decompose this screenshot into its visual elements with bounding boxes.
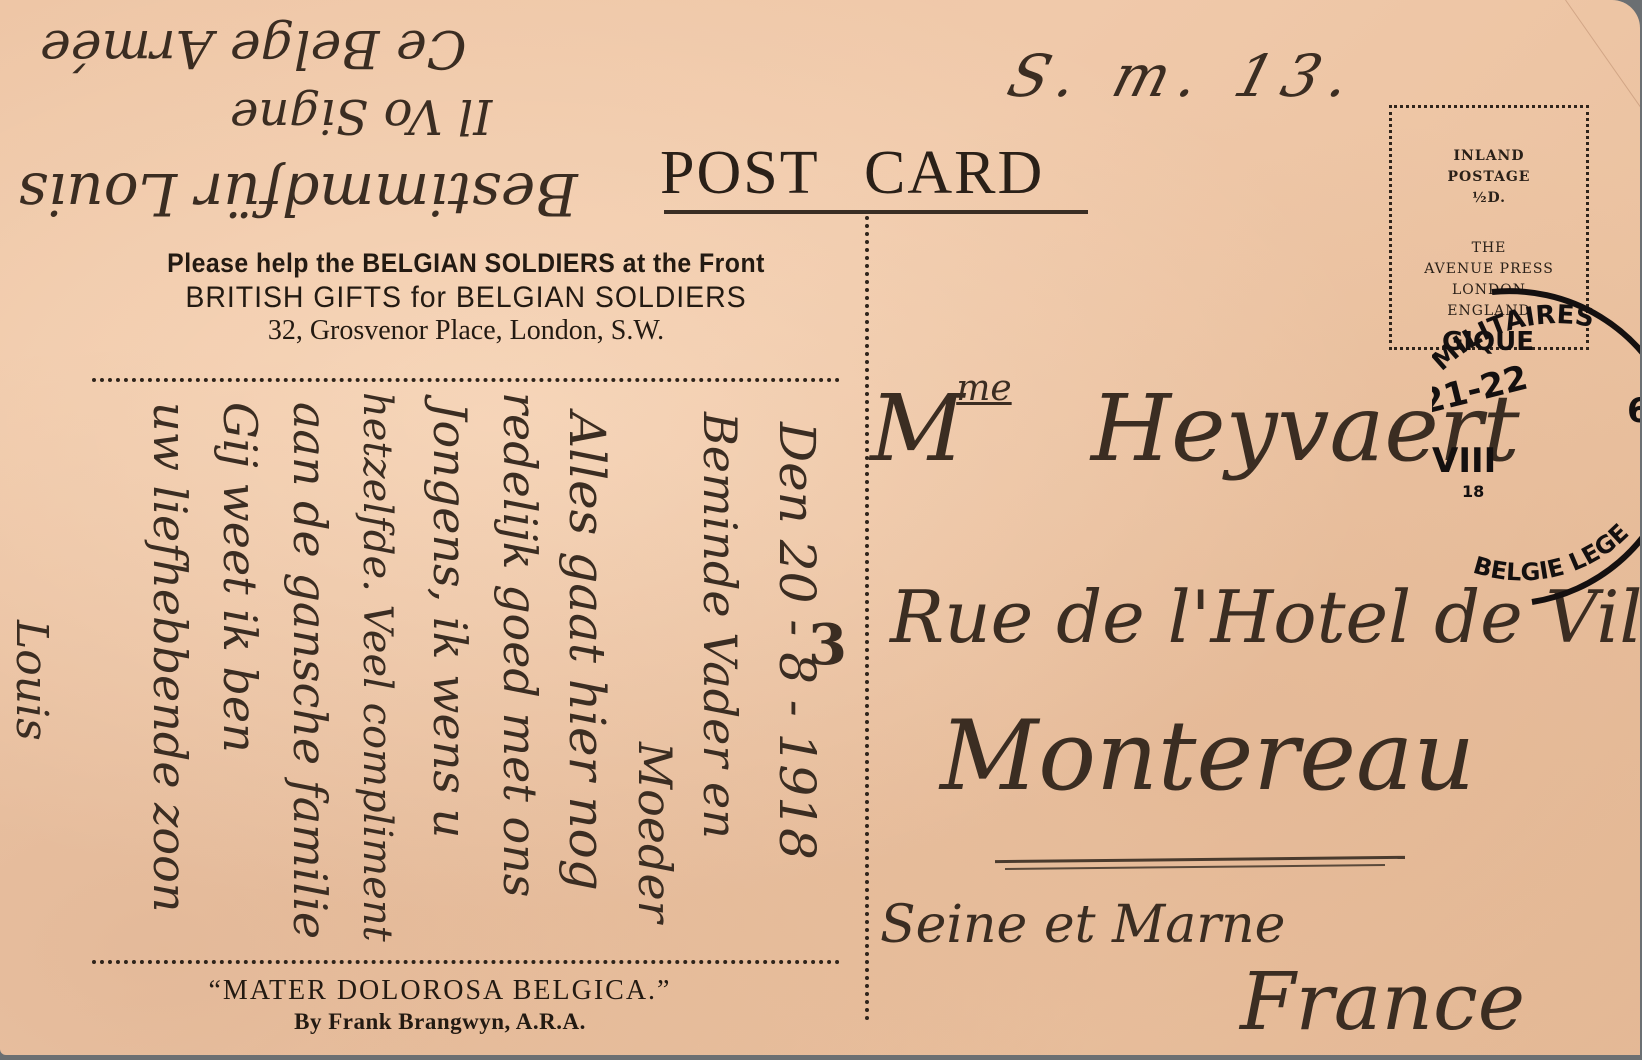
postmark: MILITAIRES GIQUE 21-22 VIII 18 6 BELGIE … bbox=[1432, 282, 1640, 612]
number-mark: 3 bbox=[808, 612, 847, 678]
postmark-year: 18 bbox=[1462, 482, 1484, 501]
message-line: uw liefhebbende zoon bbox=[147, 402, 193, 912]
message-line: Beminde Vader en bbox=[697, 412, 743, 839]
upside-down-note-1: Ce Belge Armée bbox=[40, 18, 467, 78]
charity-line-1: Please help the BELGIAN SOLDIERS at the … bbox=[116, 248, 815, 279]
side-signature: Louis bbox=[6, 620, 57, 741]
charity-notice: Please help the BELGIAN SOLDIERS at the … bbox=[86, 248, 846, 347]
artwork-caption: “MATER DOLOROSA BELGICA.” By Frank Brang… bbox=[160, 975, 720, 1035]
address-salutation: M bbox=[870, 375, 964, 482]
upside-down-note-3: Bestimmdfür Louis bbox=[18, 160, 578, 228]
reference-note: S. m. 13. bbox=[1001, 42, 1368, 110]
message-line: Jongens, ik wens u bbox=[427, 402, 473, 838]
post-card-title: POST CARD bbox=[660, 138, 1100, 209]
address-name: Mme Heyvaert bbox=[870, 375, 1520, 482]
artwork-title: “MATER DOLOROSA BELGICA.” bbox=[160, 975, 720, 1007]
address-region: Seine et Marne bbox=[880, 895, 1285, 955]
title-underline bbox=[664, 210, 1088, 214]
postmark-number: 6 bbox=[1627, 391, 1640, 431]
address-city: Montereau bbox=[940, 700, 1475, 812]
charity-address: 32, Grosvenor Place, London, S.W. bbox=[86, 315, 846, 347]
address-underline-2 bbox=[1005, 864, 1385, 870]
postmark-month: VIII bbox=[1432, 441, 1496, 481]
postmark-mid-text: GIQUE bbox=[1442, 327, 1534, 357]
message-line: hetzelfde. Veel complimenten bbox=[357, 392, 397, 942]
message-frame-bottom bbox=[92, 960, 840, 964]
printer-name: AVENUE PRESS bbox=[1392, 259, 1586, 280]
address-underline bbox=[995, 856, 1405, 863]
message-line: Alles gaat hier nog bbox=[562, 412, 612, 891]
postcard: Ce Belge Armée Il Vo Signe Bestimmdfür L… bbox=[0, 0, 1640, 1055]
message-line: Moeder bbox=[632, 742, 678, 923]
upside-down-note-2: Il Vo Signe bbox=[230, 88, 492, 144]
stamp-postage: POSTAGE bbox=[1392, 167, 1586, 188]
handwritten-message: Den 20 - 8 - 1918 Beminde Vader en Moede… bbox=[92, 382, 832, 942]
printer-the: THE bbox=[1392, 238, 1586, 259]
address-country: France bbox=[1240, 955, 1525, 1048]
message-line: aan de gansche familie bbox=[287, 402, 333, 939]
charity-line-2: BRITISH GIFTS for BELGIAN SOLDIERS bbox=[105, 281, 827, 315]
center-divider bbox=[865, 216, 869, 1021]
artwork-artist: By Frank Brangwyn, A.R.A. bbox=[160, 1009, 720, 1035]
address-salutation-sup: me bbox=[956, 368, 1011, 409]
stamp-value: ½D. bbox=[1392, 188, 1586, 209]
message-line: Gij weet ik ben bbox=[217, 402, 263, 753]
message-line: redelijk goed met ons bbox=[497, 392, 543, 897]
stamp-inland: INLAND bbox=[1392, 146, 1586, 167]
